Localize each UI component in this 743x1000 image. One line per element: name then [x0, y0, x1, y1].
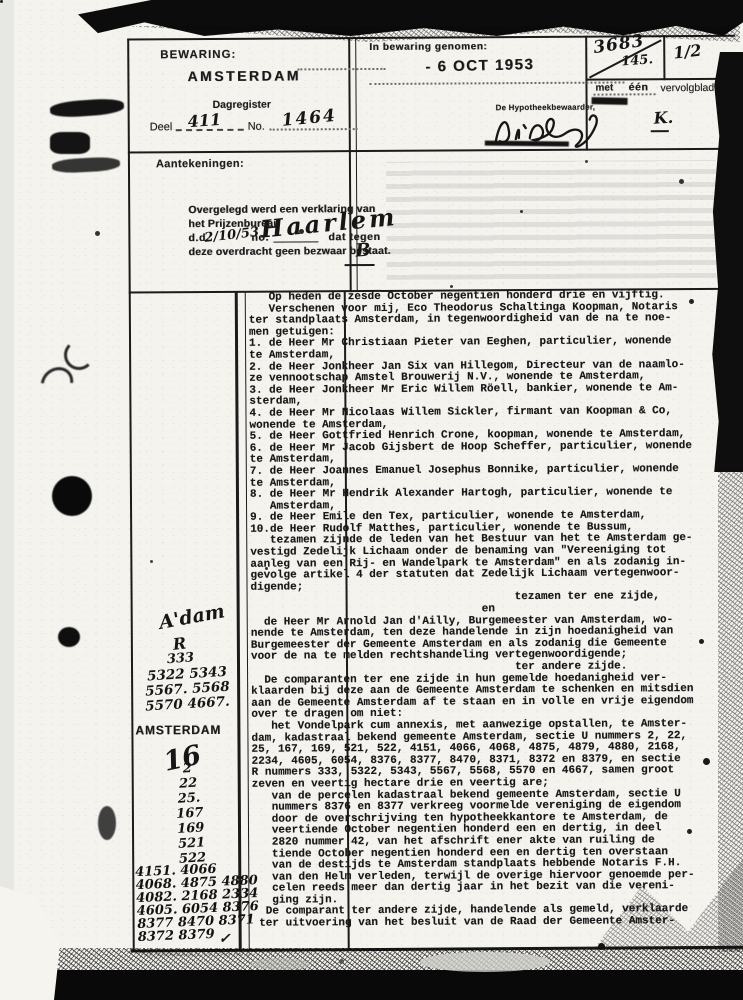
scan-smudge-4 — [98, 806, 116, 840]
deel-label: Deel — [150, 121, 173, 133]
k-mark-underline — [651, 130, 669, 132]
vervolgblad-dotted-line — [594, 93, 656, 95]
scan-smudge-2 — [50, 132, 90, 154]
vervolgblad-met: met — [595, 83, 613, 94]
scan-speckles — [0, 0, 3, 3]
ref-part-handwritten: 1/2 — [672, 41, 702, 63]
note-no-label: no. — [251, 232, 269, 244]
signature-ink-smear — [485, 141, 569, 147]
office-dotted-line — [297, 68, 385, 71]
form-left-border — [127, 38, 131, 293]
form-middle-border — [128, 148, 738, 154]
no-value-handwritten: 1464 — [281, 106, 338, 131]
scan-bottom-light-patch-2 — [250, 958, 310, 970]
strikeout-smudge — [592, 97, 628, 105]
no-label: No. — [248, 121, 265, 133]
scan-edge-bottom — [50, 970, 743, 1000]
taken-in-label: In bewaring genomen: — [369, 41, 487, 53]
dagregister-label: Dagregister — [213, 99, 271, 111]
margin-number-333: 333 — [166, 650, 194, 667]
deed-text-block: Op heden de zesde October negentien hond… — [249, 290, 721, 931]
mark-b-underline — [345, 264, 375, 266]
margin-bottom-number-list: 4151. 40664068. 4875 48804082. 2168 2334… — [135, 860, 288, 945]
hole-punch-dot-1 — [52, 476, 92, 516]
aantekeningen-label: Aantekeningen: — [156, 158, 244, 171]
bewaring-label: BEWARING: — [160, 49, 236, 61]
deel-value-handwritten: 411 — [187, 110, 222, 131]
mark-b-handwritten: B — [355, 239, 372, 261]
margin-column-border — [235, 292, 242, 951]
margin-check-mark: ✓ — [219, 931, 231, 947]
office-stamp: AMSTERDAM — [187, 67, 301, 84]
scanned-document-page: BEWARING: AMSTERDAM Dagregister Deel 411… — [0, 0, 743, 1000]
body-left-border — [129, 292, 135, 951]
vervolgblad-count: één — [628, 81, 648, 93]
note-blank-line — [273, 241, 318, 242]
vervolgblad-label: vervolgblad — [660, 82, 714, 94]
ref-folio-handwritten: 145. — [621, 52, 654, 69]
k-mark-handwritten: K. — [653, 108, 674, 128]
margin-city-note: A'dam — [157, 600, 226, 634]
scan-bottom-light-patch — [420, 952, 550, 972]
margin-number-list: 22225.167169521522 — [151, 759, 229, 868]
bleed-through-text — [386, 160, 717, 280]
hole-punch-ring-1 — [64, 340, 94, 370]
date-received-stamp: - 6 OCT 1953 — [425, 56, 534, 76]
document-content: BEWARING: AMSTERDAM Dagregister Deel 411… — [0, 0, 743, 1000]
hole-punch-dot-2 — [58, 627, 80, 647]
margin-amsterdam-stamp: AMSTERDAM — [135, 723, 221, 738]
